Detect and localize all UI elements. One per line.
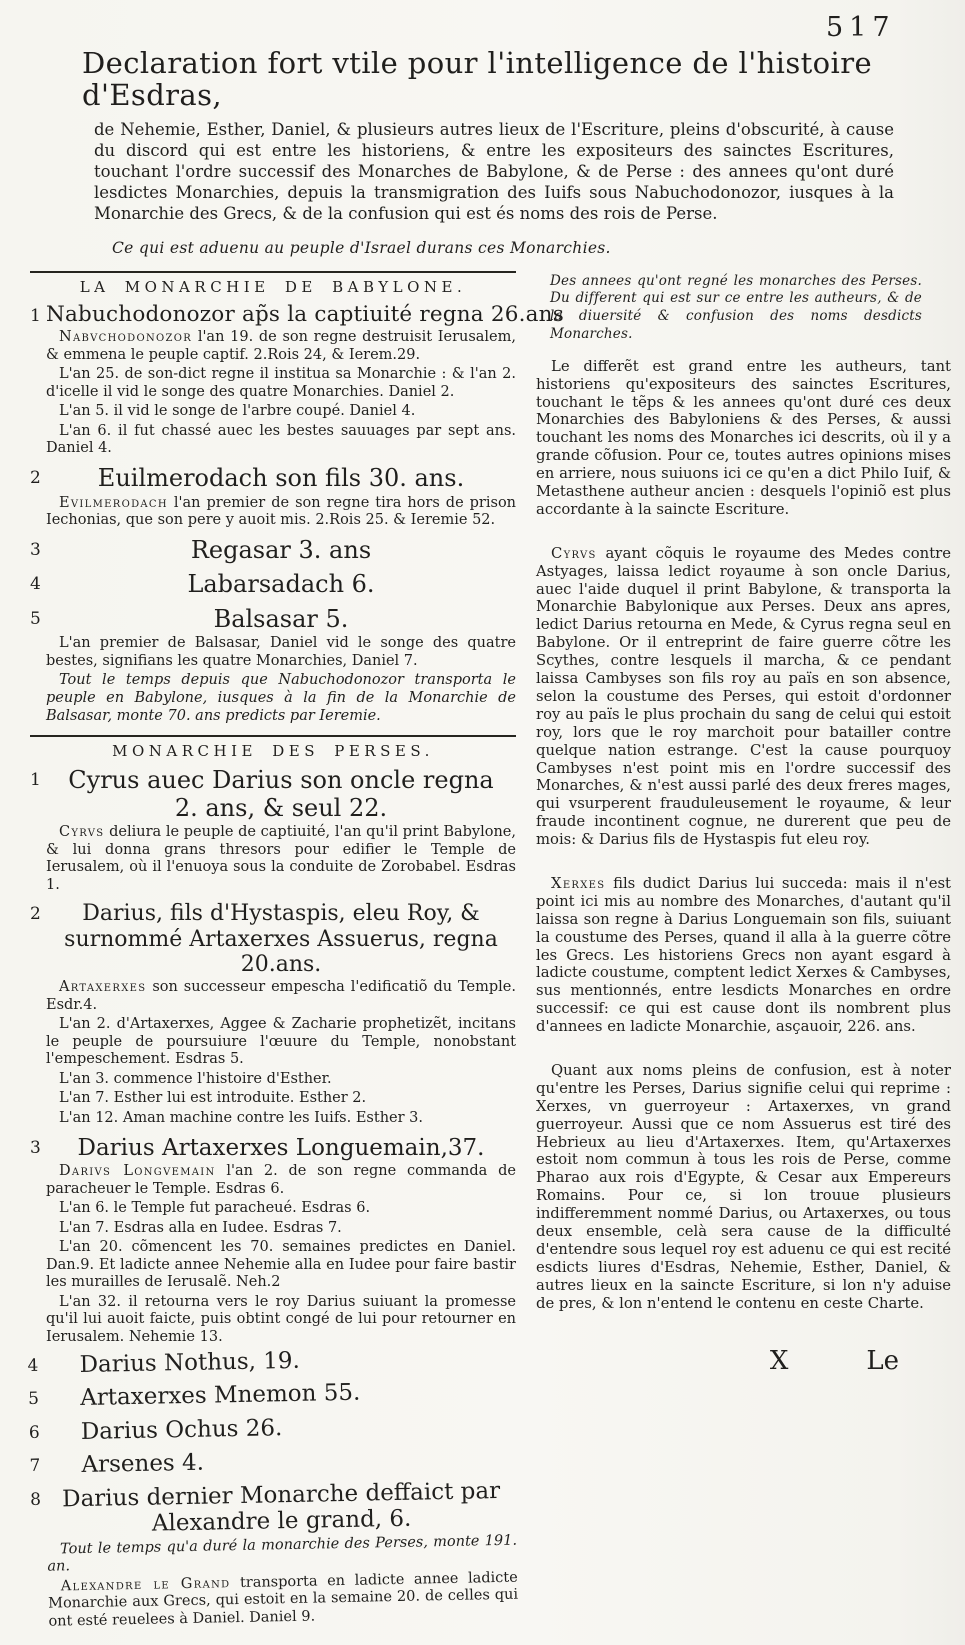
- entry-note: L'an 32. il retourna vers le roy Darius …: [46, 1294, 516, 1347]
- entry-number: 4: [30, 574, 41, 594]
- monarch-entry-cyrus: 1 Cyrus auec Darius son oncle regna 2. a…: [30, 767, 516, 894]
- entry-note: Evilmerodach l'an premier de son regne t…: [46, 495, 516, 530]
- monarch-entry-darius-nothus: 4 Darius Nothus, 19.: [27, 1344, 513, 1380]
- entry-number: 5: [30, 609, 41, 629]
- monarch-entry-darius-ochus: 6 Darius Ochus 26.: [29, 1411, 515, 1447]
- monarch-name: Evilmerodach: [59, 495, 168, 511]
- monarch-entry-artaxerxes-mnemon: 5 Artaxerxes Mnemon 55.: [28, 1377, 514, 1413]
- section-rule: [30, 271, 516, 273]
- entry-number: 3: [30, 1138, 41, 1158]
- entry-number: 1: [30, 770, 41, 790]
- monarch-name: Cyrvs: [551, 545, 597, 562]
- section-rule: [30, 735, 516, 737]
- entry-note: L'an 3. commence l'histoire d'Esther.: [46, 1071, 516, 1089]
- entry-number: 8: [30, 1490, 41, 1510]
- entry-note: L'an 5. il vid le songe de l'arbre coupé…: [46, 403, 516, 421]
- entry-heading: Nabuchodonozor ap̃s la captiuité regna 2…: [46, 303, 516, 328]
- monarch-entry-darius-dernier: 8 Darius dernier Monarche deffaict par A…: [30, 1478, 519, 1632]
- right-paragraph: Cyrvs ayant cõquis le royaume des Medes …: [536, 545, 951, 849]
- monarch-name: Xerxes: [551, 875, 605, 892]
- monarch-entry-darius-hystaspis: 2 Darius, fils d'Hystaspis, eleu Roy, & …: [30, 901, 516, 1127]
- entry-heading: Darius Artaxerxes Longuemain,37.: [46, 1135, 516, 1161]
- epigraph: Ce qui est aduenu au peuple d'Israel dur…: [112, 239, 951, 257]
- entry-heading: Euilmerodach son fils 30. ans.: [46, 465, 516, 493]
- monarch-name: Darivs Longvemain: [59, 1163, 216, 1179]
- entry-number: 7: [29, 1456, 40, 1476]
- paragraph-text: fils dudict Darius lui succeda: mais il …: [536, 875, 951, 1035]
- note-text: deliura le peuple de captiuité, l'an qu'…: [46, 824, 516, 893]
- entry-note: L'an premier de Balsasar, Daniel vid le …: [46, 635, 516, 670]
- book-page: 517 Declaration fort vtile pour l'intell…: [0, 0, 965, 1645]
- entry-heading: Balsasar 5.: [46, 606, 516, 634]
- entry-heading: Cyrus auec Darius son oncle regna 2. ans…: [66, 767, 496, 822]
- monarch-entry-euilmerodach: 2 Euilmerodach son fils 30. ans. Evilmer…: [30, 465, 516, 530]
- entry-note: L'an 7. Esther lui est introduite. Esthe…: [46, 1090, 516, 1108]
- entry-note: L'an 6. il fut chassé auec les bestes sa…: [46, 423, 516, 458]
- monarch-name: Artaxerxes: [59, 979, 146, 995]
- entry-heading: Darius Nothus, 19.: [43, 1344, 513, 1379]
- monarch-entry-arsenes: 7 Arsenes 4.: [29, 1444, 515, 1480]
- entry-number: 2: [30, 904, 41, 924]
- right-paragraph: Le differẽt est grand entre les autheurs…: [536, 358, 951, 519]
- monarch-entry-regasar: 3 Regasar 3. ans: [30, 537, 516, 565]
- entry-note: Darivs Longvemain l'an 2. de son regne c…: [46, 1163, 516, 1198]
- page-subtitle: de Nehemie, Esther, Daniel, & plusieurs …: [94, 120, 894, 225]
- monarch-name: Cyrvs: [59, 824, 104, 840]
- entry-heading: Darius Ochus 26.: [45, 1411, 515, 1446]
- section-heading-perses: MONARCHIE DES PERSES.: [30, 742, 516, 760]
- entry-note: L'an 2. d'Artaxerxes, Aggee & Zacharie p…: [46, 1016, 516, 1069]
- signature-line: X Le: [536, 1346, 951, 1376]
- entry-heading: Arsenes 4.: [45, 1444, 515, 1479]
- entry-heading: Darius dernier Monarche deffaict par Ale…: [51, 1478, 512, 1540]
- signature-mark: X: [770, 1346, 789, 1376]
- entry-note: L'an 6. le Temple fut paracheué. Esdras …: [46, 1200, 516, 1218]
- tilted-scan-block: 4 Darius Nothus, 19. 5 Artaxerxes Mnemon…: [27, 1344, 518, 1632]
- right-column-italic-header: Des annees qu'ont regné les monarches de…: [550, 273, 922, 344]
- entry-note: L'an 12. Aman machine contre les Iuifs. …: [46, 1110, 516, 1128]
- entry-note: Nabvchodonozor l'an 19. de son regne des…: [46, 329, 516, 364]
- monarch-entry-balsasar: 5 Balsasar 5. L'an premier de Balsasar, …: [30, 606, 516, 725]
- entry-heading: Labarsadach 6.: [46, 571, 516, 599]
- monarch-name: Alexandre le Grand: [61, 1575, 231, 1594]
- page-title: Declaration fort vtile pour l'intelligen…: [82, 48, 918, 112]
- entry-heading: Artaxerxes Mnemon 55.: [44, 1377, 514, 1412]
- monarch-name: Nabvchodonozor: [59, 329, 192, 345]
- entry-heading: Regasar 3. ans: [46, 537, 516, 565]
- entry-note: Artaxerxes son successeur empescha l'edi…: [46, 979, 516, 1014]
- entry-number: 1: [30, 306, 41, 326]
- entry-note: Cyrvs deliura le peuple de captiuité, l'…: [46, 824, 516, 894]
- entry-note: Alexandre le Grand transporta en ladicte…: [48, 1570, 519, 1632]
- left-column: LA MONARCHIE DE BABYLONE. 1 Nabuchodonoz…: [30, 267, 516, 1632]
- page-number: 517: [826, 12, 896, 43]
- monarch-entry-darius-longuemain: 3 Darius Artaxerxes Longuemain,37. Dariv…: [30, 1135, 516, 1347]
- right-column: Des annees qu'ont regné les monarches de…: [536, 267, 951, 1632]
- two-column-body: LA MONARCHIE DE BABYLONE. 1 Nabuchodonoz…: [30, 267, 951, 1632]
- entry-note: L'an 20. cõmencent les 70. semaines pred…: [46, 1239, 516, 1292]
- entry-number: 6: [29, 1423, 40, 1443]
- entry-note: L'an 25. de son-dict regne il institua s…: [46, 366, 516, 401]
- section-heading-babylone: LA MONARCHIE DE BABYLONE.: [30, 278, 516, 296]
- right-paragraph: Quant aux noms pleins de confusion, est …: [536, 1062, 951, 1312]
- catchword: Le: [866, 1346, 899, 1376]
- right-paragraph: Xerxes fils dudict Darius lui succeda: m…: [536, 875, 951, 1036]
- monarch-entry-nabuchodonozor: 1 Nabuchodonozor ap̃s la captiuité regna…: [30, 303, 516, 458]
- entry-number: 5: [28, 1390, 39, 1410]
- monarch-entry-labarsadach: 4 Labarsadach 6.: [30, 571, 516, 599]
- entry-heading: Darius, fils d'Hystaspis, eleu Roy, & su…: [46, 901, 516, 977]
- entry-note-italic: Tout le temps depuis que Nabuchodonozor …: [46, 672, 516, 725]
- entry-number: 4: [27, 1356, 38, 1376]
- paragraph-text: ayant cõquis le royaume des Medes contre…: [536, 545, 951, 848]
- entry-note: L'an 7. Esdras alla en Iudee. Esdras 7.: [46, 1220, 516, 1238]
- entry-number: 3: [30, 540, 41, 560]
- entry-number: 2: [30, 468, 41, 488]
